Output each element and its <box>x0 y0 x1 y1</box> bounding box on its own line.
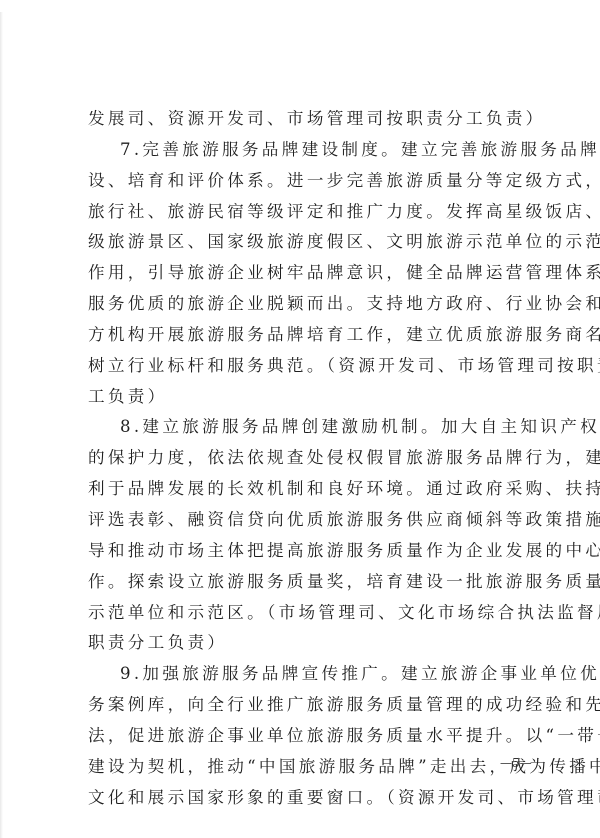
text-line: 方机构开展旅游服务品牌培育工作，建立优质旅游服务商名录， <box>88 320 532 351</box>
paragraph-6-continuation: 发展司、资源开发司、市场管理司按职责分工负责） <box>88 104 532 135</box>
text-line: 务案例库，向全行业推广旅游服务质量管理的成功经验和先进方 <box>88 690 532 721</box>
text-line: 评选表彰、融资信贷向优质旅游服务供应商倾斜等政策措施，引 <box>88 505 532 536</box>
page-number: —5— <box>500 756 532 770</box>
text-line: 服务优质的旅游企业脱颖而出。支持地方政府、行业协会和第三 <box>88 289 532 320</box>
paragraph-7: 7.完善旅游服务品牌建设制度。建立完善旅游服务品牌建 设、培育和评价体系。进一步… <box>88 135 532 413</box>
text-line: 发展司、资源开发司、市场管理司按职责分工负责） <box>88 104 532 135</box>
text-line: 作。探索设立旅游服务质量奖，培育建设一批旅游服务质量品牌 <box>88 567 532 598</box>
text-line: 文化和展示国家形象的重要窗口。（资源开发司、市场管理司、 <box>88 783 532 814</box>
text-line: 利于品牌发展的长效机制和良好环境。通过政府采购、扶持政策、 <box>88 474 532 505</box>
text-line: 树立行业标杆和服务典范。（资源开发司、市场管理司按职责分 <box>88 351 532 382</box>
paragraph-9: 9.加强旅游服务品牌宣传推广。建立旅游企事业单位优质服 务案例库，向全行业推广旅… <box>88 659 532 813</box>
text-line: 建设为契机，推动“中国旅游服务品牌”走出去，成为传播中华 <box>88 752 532 783</box>
paragraph-heading-line: 7.完善旅游服务品牌建设制度。建立完善旅游服务品牌建 <box>88 135 532 166</box>
paragraph-heading-line: 9.加强旅游服务品牌宣传推广。建立旅游企事业单位优质服 <box>88 659 532 690</box>
paragraph-8: 8.建立旅游服务品牌创建激励机制。加大自主知识产权产品 的保护力度，依法依规查处… <box>88 412 532 659</box>
document-page-body: 发展司、资源开发司、市场管理司按职责分工负责） 7.完善旅游服务品牌建设制度。建… <box>88 104 532 813</box>
text-line: 职责分工负责） <box>88 628 532 659</box>
text-line: 设、培育和评价体系。进一步完善旅游质量分等定级方式，加大 <box>88 166 532 197</box>
text-line: 旅行社、旅游民宿等级评定和推广力度。发挥高星级饭店、高A <box>88 197 532 228</box>
text-line: 的保护力度，依法依规查处侵权假冒旅游服务品牌行为，建设有 <box>88 443 532 474</box>
text-line: 法，促进旅游企事业单位旅游服务质量水平提升。以“一带一路” <box>88 721 532 752</box>
text-line: 导和推动市场主体把提高旅游服务质量作为企业发展的中心工 <box>88 536 532 567</box>
text-line: 级旅游景区、国家级旅游度假区、文明旅游示范单位的示范带动 <box>88 227 532 258</box>
paragraph-heading-line: 8.建立旅游服务品牌创建激励机制。加大自主知识产权产品 <box>88 412 532 443</box>
text-line: 示范单位和示范区。（市场管理司、文化市场综合执法监督局按 <box>88 598 532 629</box>
text-line: 作用，引导旅游企业树牢品牌意识，健全品牌运营管理体系，让 <box>88 258 532 289</box>
text-line: 工负责） <box>88 382 532 413</box>
scan-edge-shadow <box>0 12 3 838</box>
